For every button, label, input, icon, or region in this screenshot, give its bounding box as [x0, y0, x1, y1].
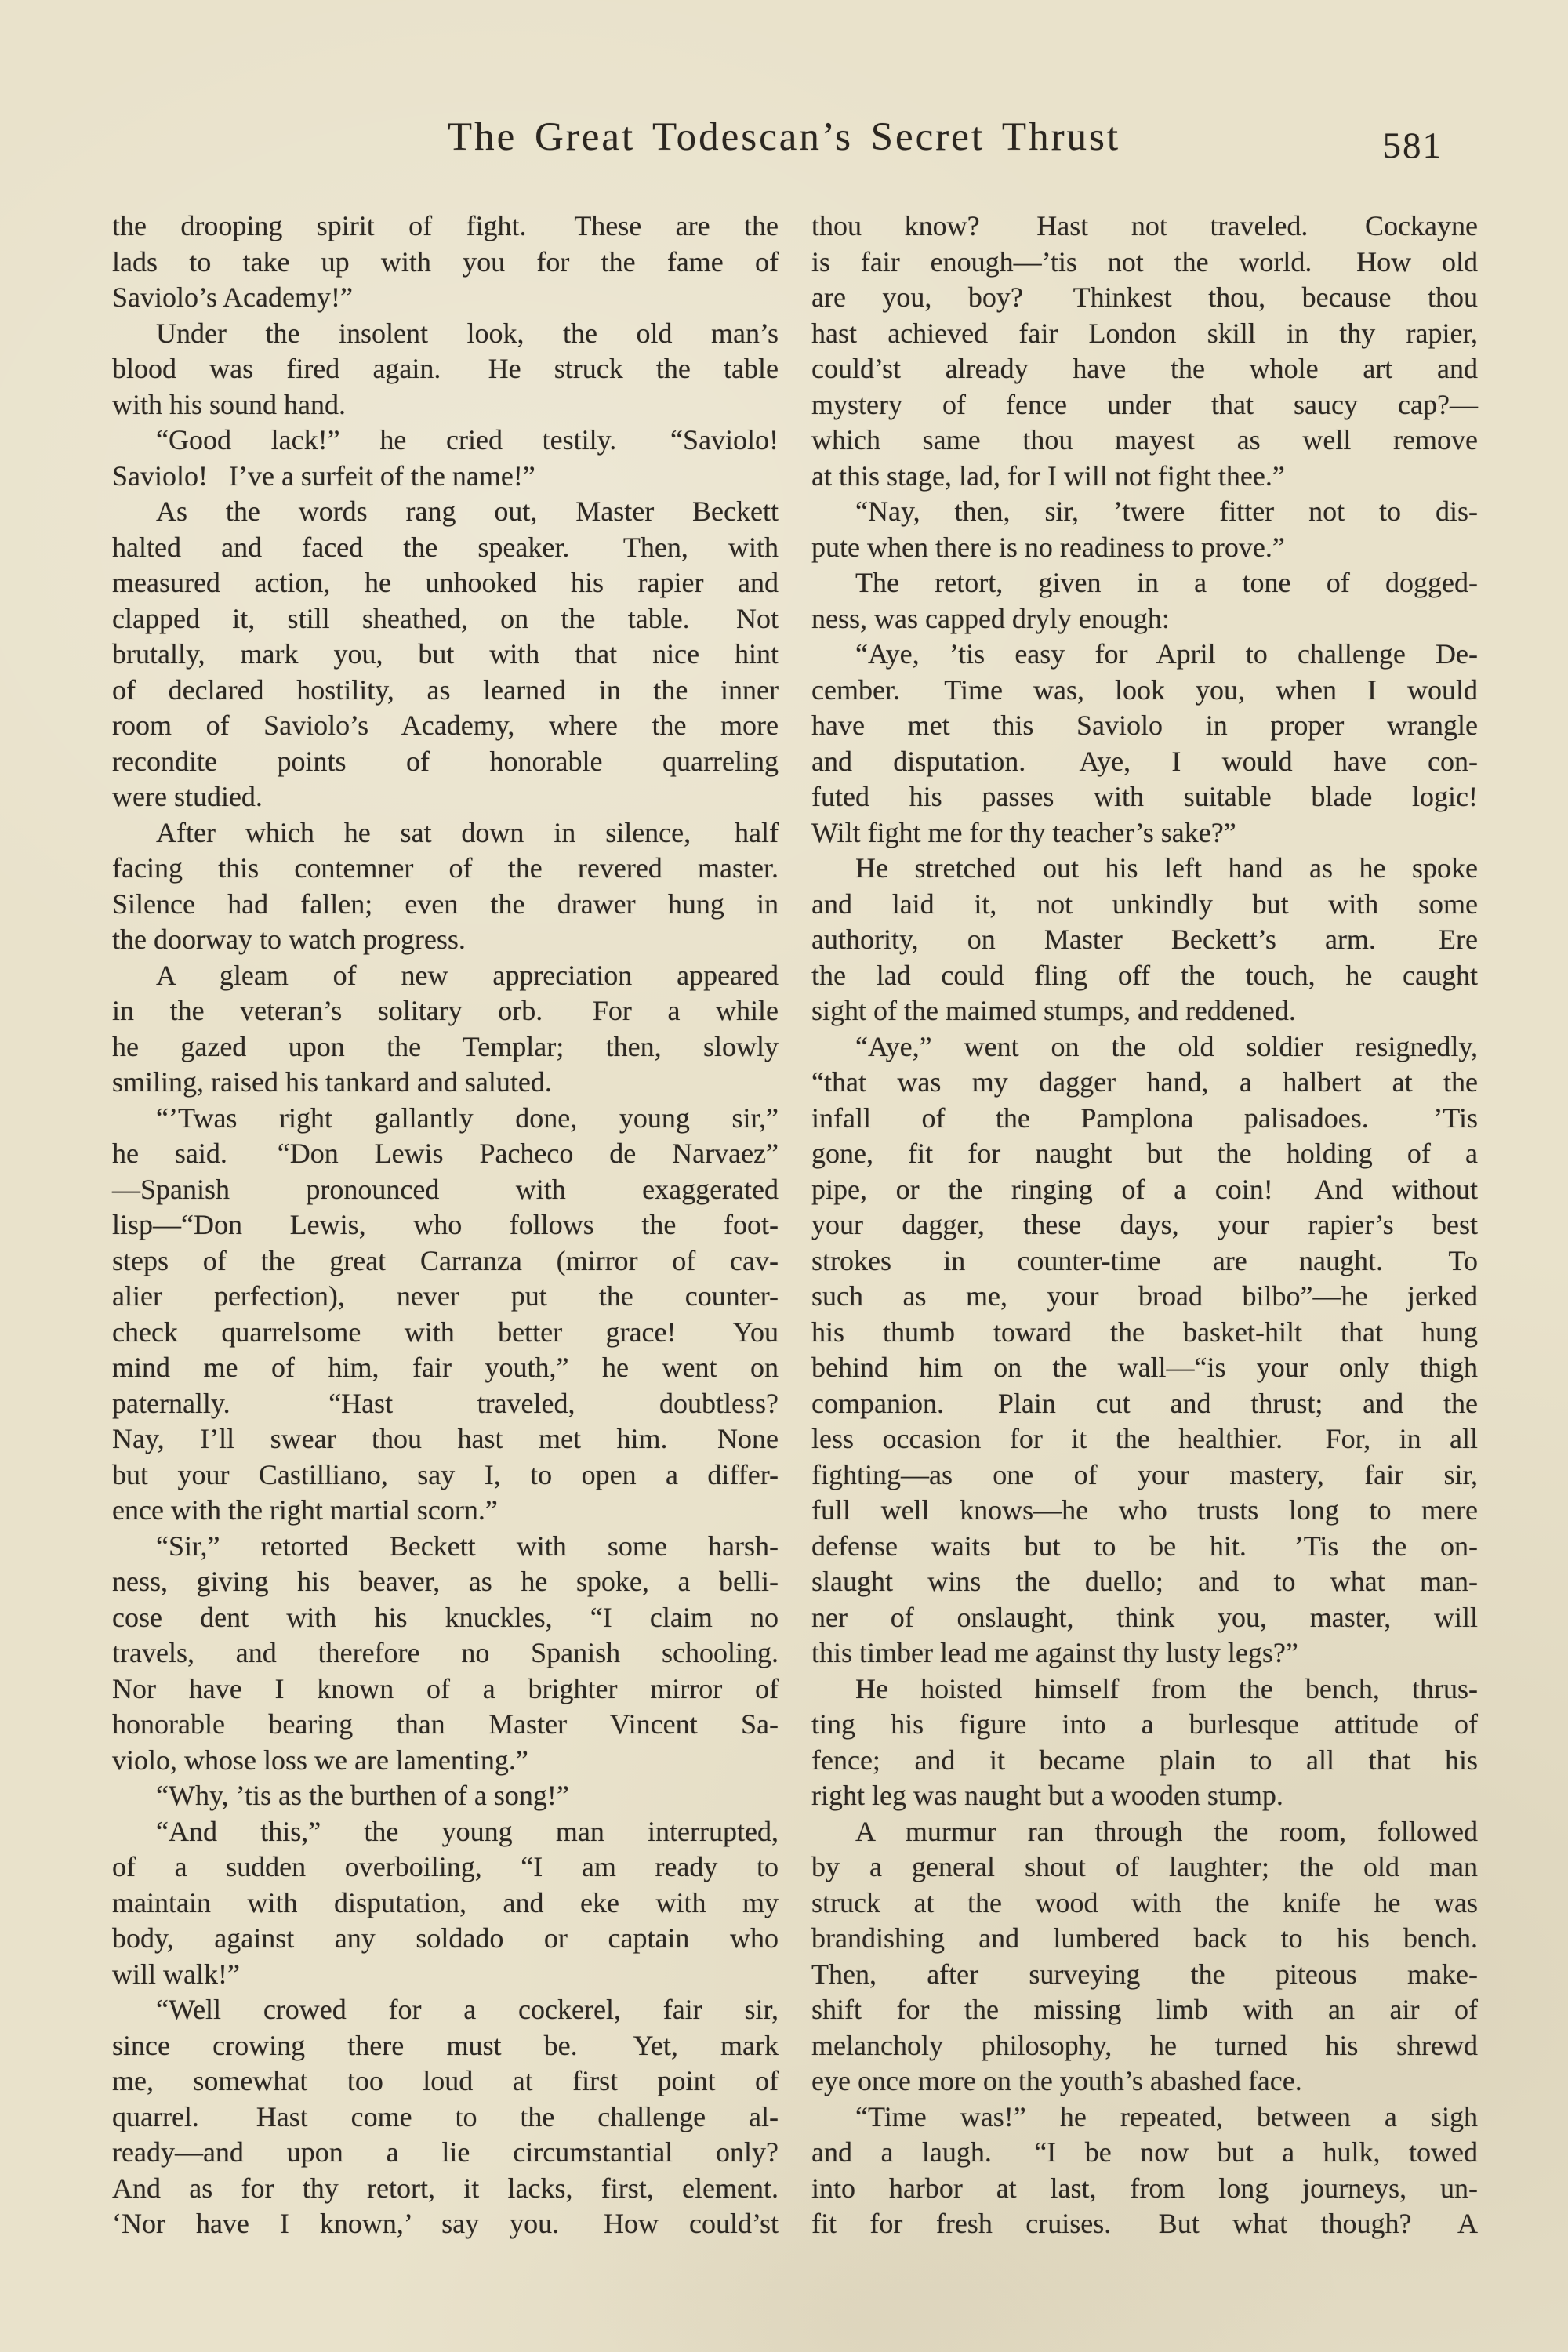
text-line: lads to take up with you for the fame of: [112, 245, 779, 281]
text-line: Nor have I known of a brighter mirror of: [112, 1671, 779, 1708]
text-line: and laid it, not unkindly but with some: [811, 887, 1478, 923]
text-line: could’st already have the whole art and: [811, 351, 1478, 387]
text-line: travels, and therefore no Spanish school…: [112, 1635, 779, 1671]
text-line: ness, giving his beaver, as he spoke, a …: [112, 1564, 779, 1600]
text-line: will walk!”: [112, 1957, 779, 1993]
text-line: “that was my dagger hand, a halbert at t…: [811, 1065, 1478, 1101]
text-line: slaught wins the duello; and to what man…: [811, 1564, 1478, 1600]
text-line: your dagger, these days, your rapier’s b…: [811, 1207, 1478, 1243]
text-line: “Nay, then, sir, ’twere fitter not to di…: [811, 494, 1478, 530]
text-line: hast achieved fair London skill in thy r…: [811, 316, 1478, 352]
text-line: authority, on Master Beckett’s arm. Ere: [811, 922, 1478, 958]
text-line: Saviolo! I’ve a surfeit of the name!”: [112, 459, 779, 495]
text-line: A murmur ran through the room, followed: [811, 1814, 1478, 1850]
text-line: Saviolo’s Academy!”: [112, 280, 779, 316]
text-line: “’Twas right gallantly done, young sir,”: [112, 1101, 779, 1137]
text-line: behind him on the wall—“is your only thi…: [811, 1350, 1478, 1386]
text-line: Under the insolent look, the old man’s: [112, 316, 779, 352]
text-line: Then, after surveying the piteous make-: [811, 1957, 1478, 1993]
page-header: The Great Todescan’s Secret Thrust: [0, 118, 1568, 158]
text-line: recondite points of honorable quarreling: [112, 744, 779, 780]
text-line: brandishing and lumbered back to his ben…: [811, 1921, 1478, 1957]
text-line: And as for thy retort, it lacks, first, …: [112, 2171, 779, 2207]
text-line: blood was fired again. He struck the tab…: [112, 351, 779, 387]
text-line: “Sir,” retorted Beckett with some harsh-: [112, 1529, 779, 1565]
text-line: The retort, given in a tone of dogged-: [811, 565, 1478, 601]
text-line: are you, boy? Thinkest thou, because tho…: [811, 280, 1478, 316]
text-line: struck at the wood with the knife he was: [811, 1886, 1478, 1922]
text-line: After which he sat down in silence, half: [112, 815, 779, 851]
text-line: room of Saviolo’s Academy, where the mor…: [112, 708, 779, 744]
text-line: fit for fresh cruises. But what though? …: [811, 2206, 1478, 2242]
text-line: of declared hostility, as learned in the…: [112, 673, 779, 709]
text-line: melancholy philosophy, he turned his shr…: [811, 2028, 1478, 2064]
text-line: which same thou mayest as well remove: [811, 423, 1478, 459]
text-line: futed his passes with suitable blade log…: [811, 779, 1478, 815]
text-line: ting his figure into a burlesque attitud…: [811, 1707, 1478, 1743]
text-line: ner of onslaught, think you, master, wil…: [811, 1600, 1478, 1636]
text-line: fighting—as one of your mastery, fair si…: [811, 1457, 1478, 1494]
text-line: lisp—“Don Lewis, who follows the foot-: [112, 1207, 779, 1243]
text-line: As the words rang out, Master Beckett: [112, 494, 779, 530]
text-line: “Aye, ’tis easy for April to challenge D…: [811, 637, 1478, 673]
text-line: such as me, your broad bilbo”—he jerked: [811, 1279, 1478, 1315]
book-page: { "page": { "title": "The Great Todescan…: [0, 0, 1568, 2352]
text-line: sight of the maimed stumps, and reddened…: [811, 993, 1478, 1029]
text-line: but your Castilliano, say I, to open a d…: [112, 1457, 779, 1494]
text-line: paternally. “Hast traveled, doubtless?: [112, 1386, 779, 1422]
text-line: the drooping spirit of fight. These are …: [112, 209, 779, 245]
text-line: body, against any soldado or captain who: [112, 1921, 779, 1957]
text-line: “Aye,” went on the old soldier resignedl…: [811, 1029, 1478, 1065]
text-line: thou know? Hast not traveled. Cockayne: [811, 209, 1478, 245]
text-line: clapped it, still sheathed, on the table…: [112, 601, 779, 637]
text-line: with his sound hand.: [112, 387, 779, 423]
text-line: gone, fit for naught but the holding of …: [811, 1136, 1478, 1172]
text-line: “Good lack!” he cried testily. “Saviolo!: [112, 423, 779, 459]
text-line: Wilt fight me for thy teacher’s sake?”: [811, 815, 1478, 851]
text-line: shift for the missing limb with an air o…: [811, 1992, 1478, 2028]
text-line: this timber lead me against thy lusty le…: [811, 1635, 1478, 1671]
text-line: steps of the great Carranza (mirror of c…: [112, 1243, 779, 1279]
text-line: measured action, he unhooked his rapier …: [112, 565, 779, 601]
text-line: by a general shout of laughter; the old …: [811, 1849, 1478, 1886]
text-line: were studied.: [112, 779, 779, 815]
text-line: the lad could fling off the touch, he ca…: [811, 958, 1478, 994]
text-line: smiling, raised his tankard and saluted.: [112, 1065, 779, 1101]
text-line: and a laugh. “I be now but a hulk, towed: [811, 2135, 1478, 2171]
text-line: his thumb toward the basket-hilt that hu…: [811, 1315, 1478, 1351]
text-line: at this stage, lad, for I will not fight…: [811, 459, 1478, 495]
text-line: of a sudden overboiling, “I am ready to: [112, 1849, 779, 1886]
text-line: pipe, or the ringing of a coin! And with…: [811, 1172, 1478, 1208]
text-line: he said. “Don Lewis Pacheco de Narvaez”: [112, 1136, 779, 1172]
text-line: and disputation. Aye, I would have con-: [811, 744, 1478, 780]
text-line: He stretched out his left hand as he spo…: [811, 851, 1478, 887]
text-line: cember. Time was, look you, when I would: [811, 673, 1478, 709]
text-line: “Well crowed for a cockerel, fair sir,: [112, 1992, 779, 2028]
text-line: Silence had fallen; even the drawer hung…: [112, 887, 779, 923]
text-line: “And this,” the young man interrupted,: [112, 1814, 779, 1850]
page-title: The Great Todescan’s Secret Thrust: [448, 115, 1120, 159]
text-line: the doorway to watch progress.: [112, 922, 779, 958]
text-line: he gazed upon the Templar; then, slowly: [112, 1029, 779, 1065]
text-line: have met this Saviolo in proper wrangle: [811, 708, 1478, 744]
text-line: ness, was capped dryly enough:: [811, 601, 1478, 637]
text-line: mystery of fence under that saucy cap?—: [811, 387, 1478, 423]
text-line: companion. Plain cut and thrust; and the: [811, 1386, 1478, 1422]
text-line: is fair enough—’tis not the world. How o…: [811, 245, 1478, 281]
text-line: defense waits but to be hit. ’Tis the on…: [811, 1529, 1478, 1565]
text-line: into harbor at last, from long journeys,…: [811, 2171, 1478, 2207]
right-column: thou know? Hast not traveled. Cockayneis…: [811, 209, 1478, 2242]
text-line: ence with the right martial scorn.”: [112, 1493, 779, 1529]
text-line: “Why, ’tis as the burthen of a song!”: [112, 1778, 779, 1814]
text-line: maintain with disputation, and eke with …: [112, 1886, 779, 1922]
text-line: facing this contemner of the revered mas…: [112, 851, 779, 887]
text-line: brutally, mark you, but with that nice h…: [112, 637, 779, 673]
text-line: since crowing there must be. Yet, mark: [112, 2028, 779, 2064]
text-line: cose dent with his knuckles, “I claim no: [112, 1600, 779, 1636]
text-line: Nay, I’ll swear thou hast met him. None: [112, 1421, 779, 1457]
text-line: mind me of him, fair youth,” he went on: [112, 1350, 779, 1386]
text-line: eye once more on the youth’s abashed fac…: [811, 2063, 1478, 2100]
text-line: check quarrelsome with better grace! You: [112, 1315, 779, 1351]
text-line: —Spanish pronounced with exaggerated: [112, 1172, 779, 1208]
text-line: honorable bearing than Master Vincent Sa…: [112, 1707, 779, 1743]
text-line: fence; and it became plain to all that h…: [811, 1743, 1478, 1779]
text-line: full well knows—he who trusts long to me…: [811, 1493, 1478, 1529]
text-line: infall of the Pamplona palisadoes. ’Tis: [811, 1101, 1478, 1137]
text-line: He hoisted himself from the bench, thrus…: [811, 1671, 1478, 1708]
text-line: in the veteran’s solitary orb. For a whi…: [112, 993, 779, 1029]
text-line: ready—and upon a lie circumstantial only…: [112, 2135, 779, 2171]
text-line: A gleam of new appreciation appeared: [112, 958, 779, 994]
text-line: strokes in counter-time are naught. To: [811, 1243, 1478, 1279]
text-line: halted and faced the speaker. Then, with: [112, 530, 779, 566]
text-line: quarrel. Hast come to the challenge al-: [112, 2100, 779, 2136]
text-line: violo, whose loss we are lamenting.”: [112, 1743, 779, 1779]
text-line: right leg was naught but a wooden stump.: [811, 1778, 1478, 1814]
page-number: 581: [1383, 128, 1443, 165]
text-line: less occasion for it the healthier. For,…: [811, 1421, 1478, 1457]
text-line: me, somewhat too loud at first point of: [112, 2063, 779, 2100]
text-line: ‘Nor have I known,’ say you. How could’s…: [112, 2206, 779, 2242]
left-column: the drooping spirit of fight. These are …: [112, 209, 779, 2242]
text-line: “Time was!” he repeated, between a sigh: [811, 2100, 1478, 2136]
text-line: alier perfection), never put the counter…: [112, 1279, 779, 1315]
text-line: pute when there is no readiness to prove…: [811, 530, 1478, 566]
